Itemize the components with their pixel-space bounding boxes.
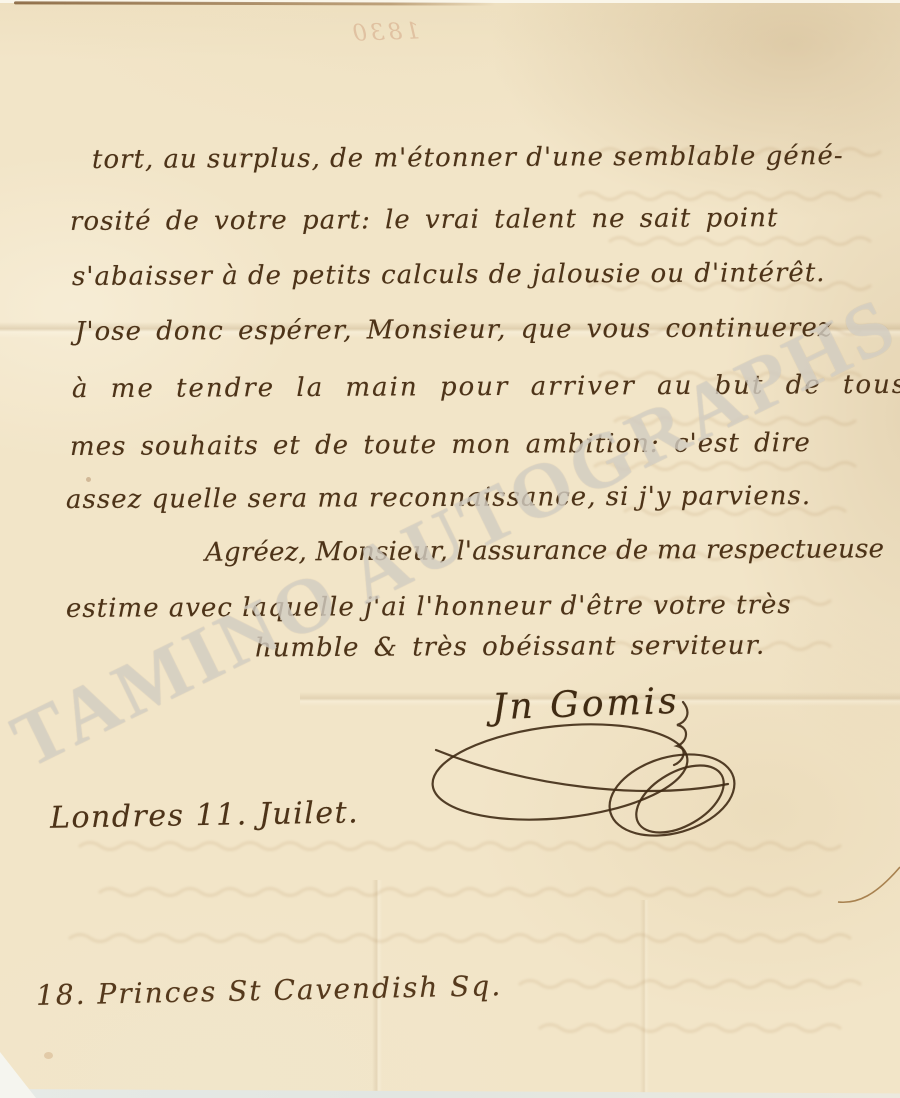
letter-line: mes souhaits et de toute mon ambition: c… (70, 428, 811, 463)
dateline: Londres 11. Juilet. (50, 795, 360, 835)
letter-line: assez quelle sera ma reconnaissance, si … (66, 481, 811, 516)
letter-photograph: 1830 tort, au surplus, de m'étonner d'un… (0, 0, 900, 1098)
signature-flourish (420, 700, 750, 850)
letter-line: rosité de votre part: le vrai talent ne … (70, 203, 779, 238)
paper-tear-mark (828, 855, 900, 915)
letter-line: Agréez, Monsieur, l'assurance de ma resp… (205, 534, 884, 569)
letter-line: J'ose donc espérer, Monsieur, que vous c… (75, 313, 833, 348)
letter-line: estime avec laquelle j'ai l'honneur d'êt… (66, 590, 792, 625)
letter-line: à me tendre la main pour arriver au but … (72, 370, 900, 406)
letter-line: tort, au surplus, de m'étonner d'une sem… (92, 141, 844, 176)
letter-line: s'abaisser à de petits calculs de jalous… (72, 258, 826, 293)
letter-line: humble & très obéissant serviteur. (255, 631, 765, 665)
